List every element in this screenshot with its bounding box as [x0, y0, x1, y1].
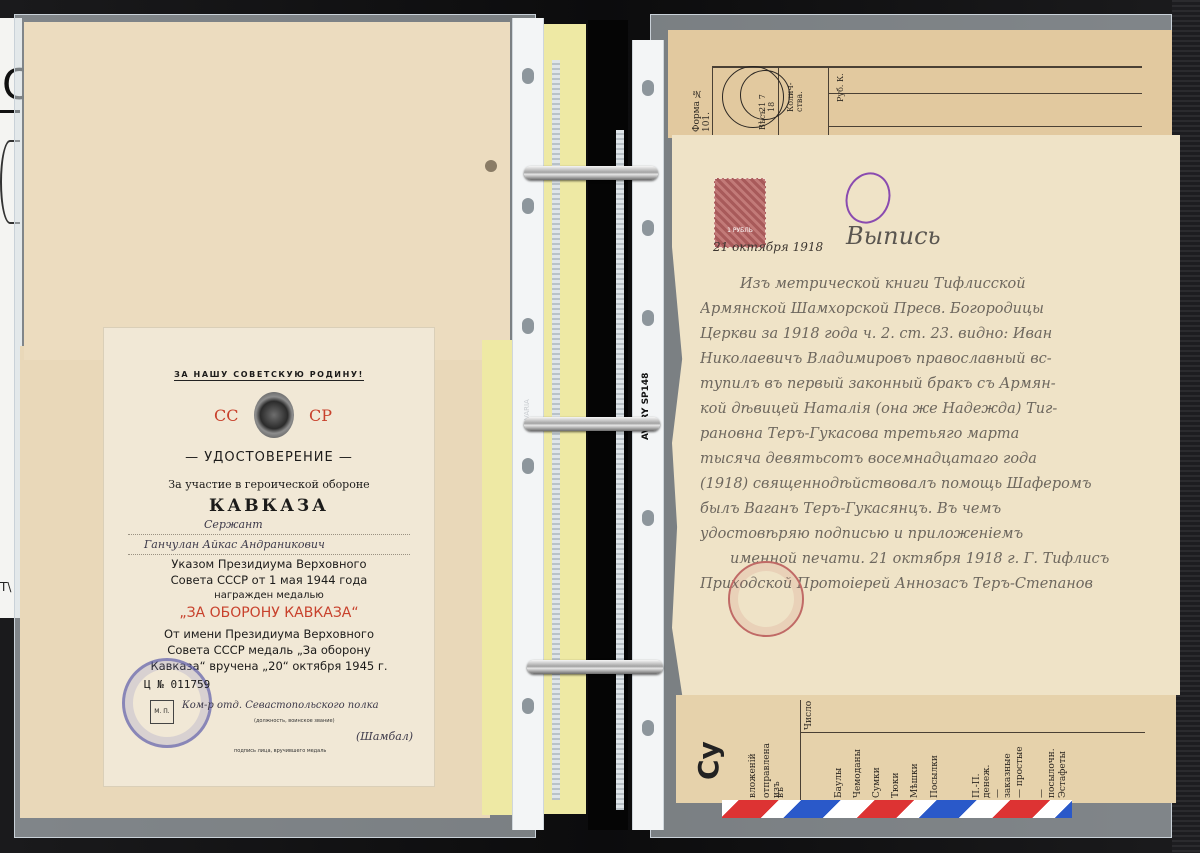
certificate-region: КАВКАЗА [104, 496, 434, 516]
postal-form-101: Форма № 101. Колич-ства. Вѣсъ Руб. К. 21… [668, 30, 1172, 138]
emblem-right-text: СР [309, 406, 332, 425]
left-top-paper [24, 22, 510, 360]
form-rule [828, 93, 1142, 94]
manifest-item: Эстафеты [1058, 742, 1068, 798]
form-rule [828, 126, 1142, 127]
punch-hole [642, 310, 654, 326]
manifest-item: Баулы [834, 748, 844, 798]
extract-line: рановна Теръ-Гукасова третьяго марта [700, 422, 1170, 447]
medal-certificate: ЗА НАШУ СОВЕТСКУЮ РОДИНУ! СС СР — УДОСТО… [104, 328, 434, 786]
presented-line-1: От имени Президиума Верховного [104, 626, 434, 642]
form-vrule [712, 66, 713, 138]
extract-line: тысяча девятьсотъ восемнадцатаго года [700, 447, 1170, 472]
seal-place-box: М. П. [150, 700, 174, 724]
extract-title: Выпись [846, 222, 941, 250]
manifest-item: П.-П. денеж. [972, 742, 992, 798]
punch-hole [522, 198, 534, 214]
stamp-cancel-date: 21 октября 1918 [713, 240, 823, 254]
binder-ring-middle[interactable] [524, 417, 660, 431]
postmark-date: 21 7 18 [758, 82, 776, 112]
signer-name-handwritten: (Шамбал) [356, 730, 413, 743]
manifest-item: Посылки [930, 748, 940, 798]
punch-hole [642, 220, 654, 236]
revenue-stamp-value: 1 РУБЛЬ [715, 227, 765, 234]
decree-line-3: награжден медалью [104, 588, 434, 604]
manifest-item: — посылочн. [1037, 742, 1057, 798]
binder-ring-bottom[interactable] [527, 660, 663, 674]
certificate-line1: За участие в героической обороне [104, 478, 434, 491]
medal-name: „ЗА ОБОРОНУ КАВКАЗА“ [104, 605, 434, 621]
extract-line: (1918) священнодѣйствовалъ помощь Шаферо… [700, 472, 1170, 497]
extract-line: Изъ метрической книги Тифлисской [700, 272, 1170, 297]
name-handwritten: Ганчулан Айкас Андраникович [144, 538, 325, 551]
extract-body: Изъ метрической книги Тифлисской Армянск… [700, 272, 1170, 597]
manifest-header: Число [804, 700, 814, 730]
manifest-item: Мѣшки [910, 748, 920, 798]
punch-hole [642, 720, 654, 736]
signature-caption: подпись лица, вручившего медаль [234, 748, 326, 754]
punch-hole [522, 68, 534, 84]
airmail-envelope-edge [722, 800, 1072, 818]
punch-hole [642, 510, 654, 526]
manifest-large-heading: Су [692, 741, 725, 780]
certificate-slogan: ЗА НАШУ СОВЕТСКУЮ РОДИНУ! [104, 370, 434, 379]
church-seal-icon [728, 561, 804, 637]
manifest-item: — простые [1015, 742, 1025, 798]
presented-line-2: Совета СССР медаль „За оборону [104, 642, 434, 658]
manifest-item: Сумки [872, 748, 882, 798]
rank-handwritten: Сержант [204, 518, 263, 531]
punch-hole [642, 80, 654, 96]
yellow-divider-left [482, 340, 512, 815]
revenue-stamp-icon: 1 РУБЛЬ [714, 178, 766, 248]
extract-line: удостовѣряю подписью и приложеніемъ [700, 522, 1170, 547]
decree-line-1: Указом Президиума Верховного [104, 556, 434, 572]
rank-dotted-line [128, 534, 410, 535]
manifest-vrule [800, 700, 801, 800]
manifest-rule [800, 732, 1145, 733]
extract-line: кой дѣвицей Наталія (она же Надежда) Тиг… [700, 397, 1170, 422]
manifest-item: Тюки [891, 748, 901, 798]
form-col-label: Руб. К. [836, 72, 845, 102]
form-number-label: Форма № 101. [692, 72, 712, 132]
signer-caption: (должность, воинское звание) [254, 718, 335, 724]
manifest-left-label: вложеній [748, 740, 758, 798]
extract-line: тупилъ въ первый законный бракъ съ Армян… [700, 372, 1170, 397]
decree-line-2: Совета СССР от 1 мая 1944 года [104, 572, 434, 588]
extract-line: Николаевичъ Владимировъ православный вс- [700, 347, 1170, 372]
punch-hole [522, 458, 534, 474]
name-dotted-line [128, 554, 410, 555]
manifest-left-label: въ [776, 778, 786, 798]
form-vrule [828, 66, 829, 138]
extract-line: Армянской Шамхорской Пресв. Богородицы [700, 297, 1170, 322]
extract-line: Церкви за 1918 года ч. 2. ст. 23. видно:… [700, 322, 1170, 347]
signer-role-handwritten: Ком-р отд. Севастопольского полка [182, 700, 379, 711]
form-top-rule [712, 66, 1142, 68]
punch-hole [522, 698, 534, 714]
certificate-serial: Ц № 011759 [144, 678, 210, 691]
manifest-item: Чемоданы [853, 748, 863, 798]
ussr-emblem-icon [254, 392, 294, 438]
certificate-title: — УДОСТОВЕРЕНИЕ — [104, 450, 434, 465]
varia-logo: VARIA [523, 330, 537, 420]
right-sleeve-rail [616, 130, 624, 810]
manifest-item: — заказные [993, 742, 1013, 798]
emblem-left-text: СС [214, 406, 238, 425]
outside-left-bottom-text: T\ [0, 580, 11, 594]
binder-ring-top[interactable] [524, 166, 658, 180]
extract-line: былъ Ваганъ Теръ-Гукасянцъ. Въ чемъ [700, 497, 1170, 522]
paper-punch-hole [485, 160, 497, 172]
